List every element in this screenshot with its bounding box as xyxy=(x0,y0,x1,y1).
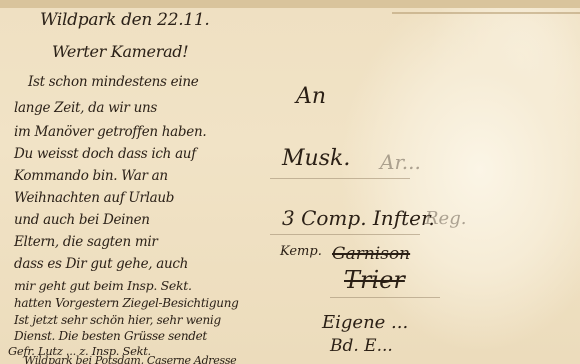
address-recipient-faded: Ar... xyxy=(380,150,421,174)
address-struck-garrison: Garnison xyxy=(332,244,410,264)
address-line6: Bd. E... xyxy=(330,336,393,356)
stamp-area-edge xyxy=(392,12,580,14)
address-unit: 3 Comp. Infter. xyxy=(282,206,435,230)
address-salutation: An xyxy=(296,84,326,109)
message-sender-address: Wildpark bei Potsdam, Caserne Adresse xyxy=(24,354,236,364)
card-top-edge xyxy=(0,0,580,8)
message-line: hatten Vorgestern Ziegel-Besichtigung xyxy=(14,296,239,310)
message-line: und auch bei Deinen xyxy=(14,212,150,228)
message-line: Ist jetzt sehr schön hier, sehr wenig xyxy=(14,313,221,327)
address-rule xyxy=(270,234,420,235)
address-rule xyxy=(270,178,410,179)
address-rule xyxy=(330,297,440,298)
address-struck-city: Trier xyxy=(344,266,405,294)
address-line5: Eigene ... xyxy=(322,312,408,333)
message-date-line: Wildpark den 22.11. xyxy=(40,10,209,30)
message-line: Du weisst doch dass ich auf xyxy=(14,146,196,162)
message-line: im Manöver getroffen haben. xyxy=(14,124,206,140)
message-salutation: Werter Kamerad! xyxy=(52,42,188,61)
message-line: Eltern, die sagten mir xyxy=(14,234,158,250)
address-unit-faded: Reg. xyxy=(425,208,466,229)
message-line: Ist schon mindestens eine xyxy=(28,74,198,90)
message-line: dass es Dir gut gehe, auch xyxy=(14,256,188,272)
message-line: lange Zeit, da wir uns xyxy=(14,100,157,116)
address-recipient: Musk. xyxy=(282,146,350,171)
message-line: Weihnachten auf Urlaub xyxy=(14,190,174,206)
message-line: Dienst. Die besten Grüsse sendet xyxy=(14,329,207,343)
message-line: Kommando bin. War an xyxy=(14,168,168,184)
postcard: Wildpark den 22.11. Werter Kamerad! Ist … xyxy=(0,0,580,364)
address-label: Kemp. xyxy=(280,244,322,259)
message-line: mir geht gut beim Insp. Sekt. xyxy=(14,278,192,293)
